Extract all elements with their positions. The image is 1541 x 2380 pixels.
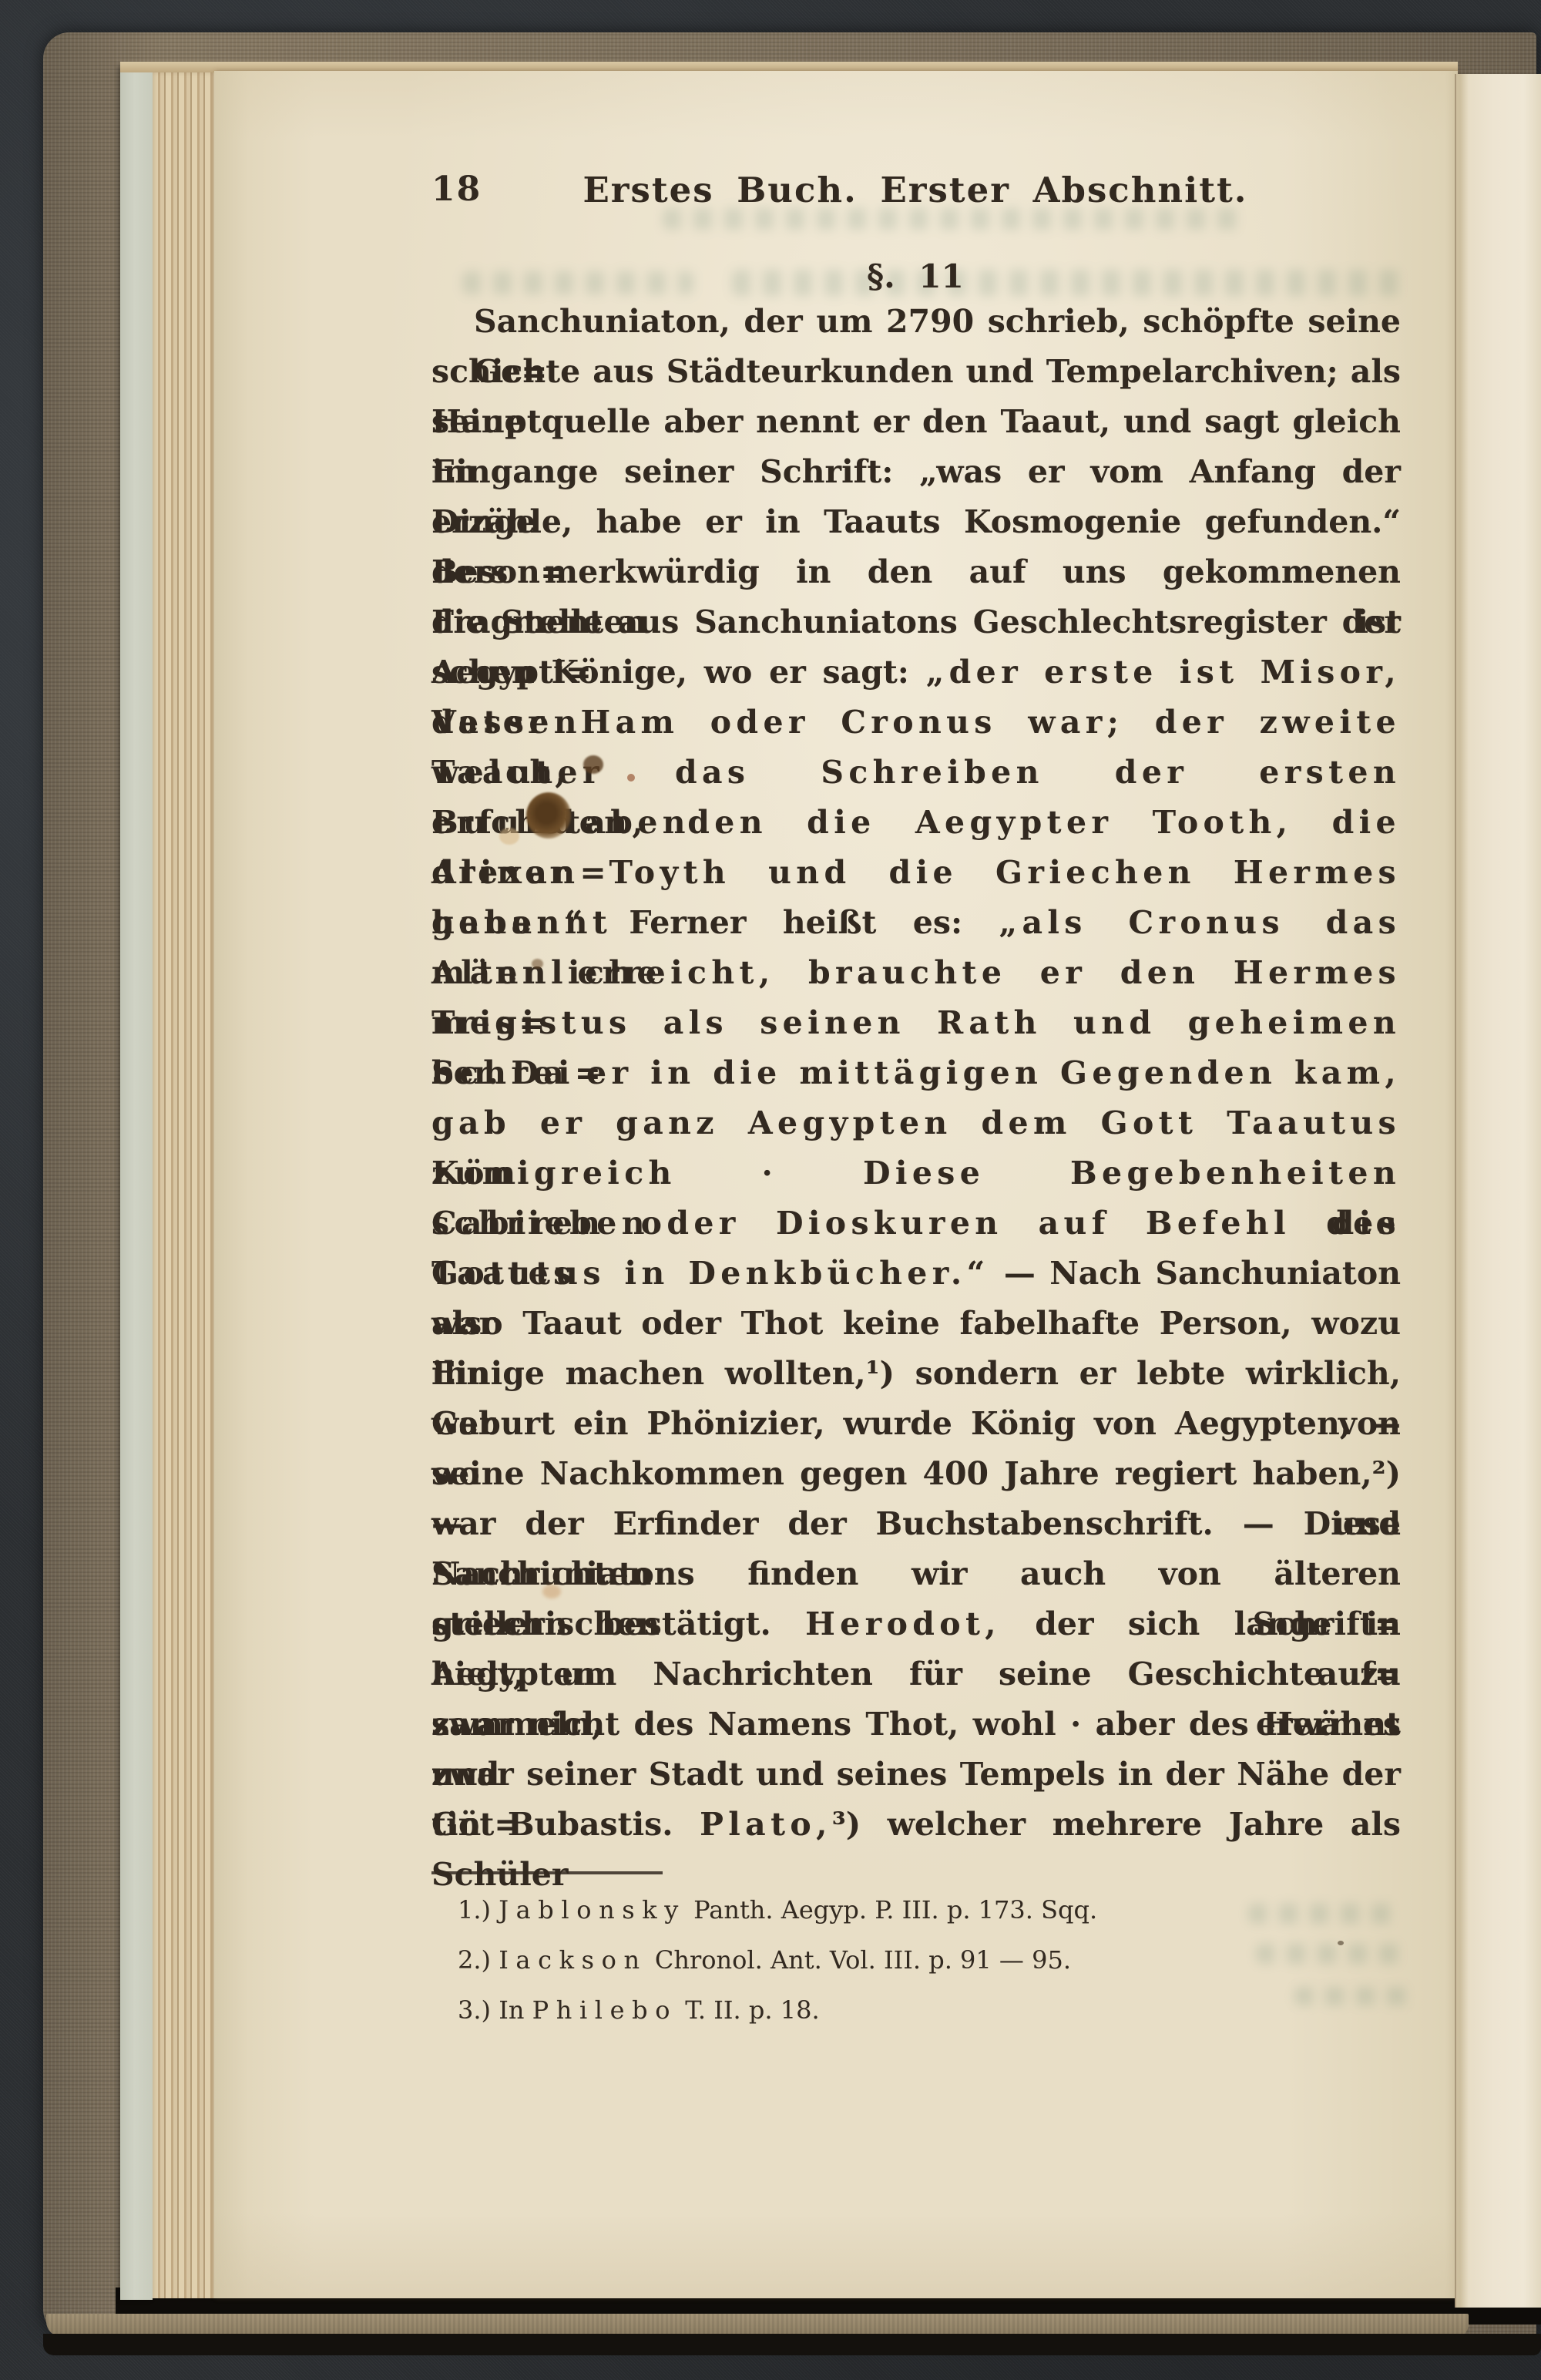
foxing-spot [627, 774, 635, 782]
ink-speck [1338, 1941, 1344, 1945]
text-line: gab er ganz Aegypten dem Gott Taautus zu… [431, 1098, 1401, 1148]
text-line: Königreich · Diese Begebenheiten schrieb… [431, 1148, 1401, 1198]
text-line: Sanchuniaton, der um 2790 schrieb, schöp… [431, 297, 1401, 347]
foxing-spot [526, 792, 571, 839]
bleed-through-smudge [663, 208, 1241, 230]
text-line: Sanchuniatons finden wir auch von ältere… [431, 1549, 1401, 1599]
text-line: die Stelle aus Sanchuniatons Geschlechts… [431, 597, 1401, 647]
running-header: Erstes Buch. Erster Abschnitt. [431, 170, 1399, 210]
text-line: tin Bubastis. Plato,³) welcher mehrere J… [431, 1800, 1401, 1850]
next-page-edge [1455, 74, 1541, 2308]
footnote-line: 3.) In Philebo T. II. p. 18. [458, 1985, 1197, 2035]
section-heading: §. 11 [431, 257, 1399, 295]
text-line: Alter erreicht, brauchte er den Hermes T… [431, 948, 1401, 998]
text-line: ders merkwürdig in den auf uns gekommene… [431, 547, 1401, 597]
text-line: also Taaut oder Thot keine fabelhafte Pe… [431, 1299, 1401, 1349]
text-line: Vater Ham oder Cronus war; der zweite Ta… [431, 698, 1401, 748]
foxing-spot [583, 755, 603, 774]
text-line: schichte aus Städteurkunden und Tempelar… [431, 347, 1401, 397]
text-line: erfunden, den die Aegypter Tooth, die Al… [431, 798, 1401, 848]
text-line: Eingange seiner Schrift: „was er vom Anf… [431, 447, 1401, 497]
text-line: megistus als seinen Rath und geheimen Sc… [431, 998, 1401, 1048]
page-edge-stack [153, 66, 216, 2298]
text-line: Hauptquelle aber nennt er den Taaut, und… [431, 397, 1401, 447]
footnote-line: 1.) Jablonsky Panth. Aegyp. P. III. p. 1… [458, 1885, 1197, 1935]
body-text: Sanchuniaton, der um 2790 schrieb, schöp… [431, 297, 1401, 1850]
text-line: erzähle, habe er in Taauts Kosmogenie ge… [431, 497, 1401, 547]
text-line: Taautus in Denkbücher.“ — Nach Sanchunia… [431, 1249, 1401, 1299]
text-line: war der Erfinder der Buchstabenschrift. … [431, 1499, 1401, 1549]
foxing-spot [542, 1585, 561, 1598]
text-line: stellern bestätigt. Herodot, der sich la… [431, 1599, 1401, 1649]
text-line: schen Könige, wo er sagt: „der erste ist… [431, 647, 1401, 698]
text-line: hielt, um Nachrichten für seine Geschich… [431, 1649, 1401, 1699]
text-line: zwar nicht des Namens Thot, wohl · aber … [431, 1699, 1401, 1750]
foxing-spot [499, 828, 519, 845]
foxing-spot [532, 959, 543, 969]
text-line: Cabiren oder Dioskuren auf Befehl des Go… [431, 1198, 1401, 1249]
endpaper [120, 66, 153, 2300]
text-line: ber. Da er in die mittägigen Gegenden ka… [431, 1048, 1401, 1098]
footnote-line: 2.) Iackson Chronol. Ant. Vol. III. p. 9… [458, 1935, 1197, 1985]
text-line: haben“ Ferner heißt es: „als Cronus das … [431, 898, 1401, 948]
book-bottom-gap [43, 2334, 1541, 2355]
bleed-through-smudge [1248, 1904, 1402, 1924]
text-line: zwar seiner Stadt und seines Tempels in … [431, 1750, 1401, 1800]
text-line: Geburt ein Phönizier, wurde König von Ae… [431, 1399, 1401, 1449]
footnote-separator [431, 1871, 663, 1874]
text-line: Einige machen wollten,¹) sondern er lebt… [431, 1349, 1401, 1399]
text-line: seine Nachkommen gegen 400 Jahre regiert… [431, 1449, 1401, 1499]
bleed-through-smudge [1256, 1944, 1402, 1964]
footnotes: 1.) Jablonsky Panth. Aegyp. P. III. p. 1… [458, 1885, 1197, 2035]
bleed-through-smudge [1294, 1987, 1410, 2005]
text-line: driner Toyth und die Griechen Hermes gen… [431, 848, 1401, 898]
book-photo: 18 Erstes Buch. Erster Abschnitt. §. 11 … [0, 0, 1541, 2380]
text-line: welcher das Schreiben der ersten Buchsta… [431, 748, 1401, 798]
